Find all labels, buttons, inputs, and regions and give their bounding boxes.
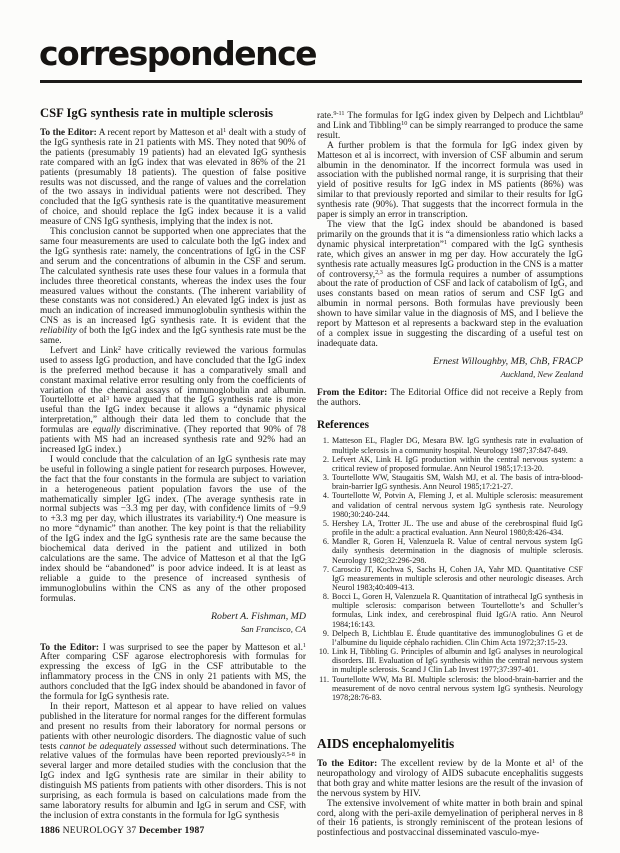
references-heading: References bbox=[317, 421, 583, 431]
signature-name: Robert A. Fishman, MD bbox=[40, 611, 306, 622]
editor-note: From the Editor: The Editorial Office di… bbox=[317, 389, 583, 409]
signature-location: Auckland, New Zealand bbox=[317, 369, 583, 379]
reference-item: Lefvert AK, Link H. IgG production withi… bbox=[331, 455, 583, 473]
journal-page: correspondence CSF IgG synthesis rate in… bbox=[0, 0, 620, 853]
reference-item: Bocci L, Goren H, Valenzuela R. Quantita… bbox=[331, 592, 583, 629]
signature-name: Ernest Willoughby, MB, ChB, FRACP bbox=[317, 356, 583, 367]
paragraph: The extensive involvement of white matte… bbox=[317, 800, 583, 840]
signature-location: San Francisco, CA bbox=[40, 624, 306, 634]
reference-item: Tourtellotte WW, Staugaitis SM, Walsh MJ… bbox=[331, 473, 583, 491]
reference-item: Hershey LA, Trotter JL. The use and abus… bbox=[331, 519, 583, 537]
reference-item: Delpech B, Lichtblau E. Étude quantitati… bbox=[331, 629, 583, 647]
reference-item: Tourtellotte W, Potvin A, Fleming J, et … bbox=[331, 491, 583, 518]
paragraph: The view that the IgG index should be ab… bbox=[317, 221, 583, 350]
reference-item: Matteson EL, Flagler DG, Mesara BW. IgG … bbox=[331, 436, 583, 454]
paragraph: To the Editor: I was surprised to see th… bbox=[40, 644, 306, 703]
masthead-rule bbox=[40, 80, 582, 83]
paragraph: A further problem is that the formula fo… bbox=[317, 142, 583, 221]
page-footer: 1886 NEUROLOGY 37 December 1987 bbox=[40, 825, 205, 836]
reference-item: Mandler R, Goren H, Valenzuela R. Value … bbox=[331, 537, 583, 564]
reference-item: Link H, Tibbling G. Principles of albumi… bbox=[331, 647, 583, 674]
reference-item: Tourtellotte WW, Ma BI. Multiple scleros… bbox=[331, 675, 583, 702]
column-right: rate.9-11 The formulas for IgG index giv… bbox=[317, 106, 583, 839]
masthead-title: correspondence bbox=[39, 36, 316, 72]
reference-list: Matteson EL, Flagler DG, Mesara BW. IgG … bbox=[317, 436, 583, 702]
reference-item: Caroscio JT, Kochwa S, Sachs H, Cohen JA… bbox=[331, 565, 583, 592]
letter1-title: CSF IgG synthesis rate in multiple scler… bbox=[40, 106, 306, 120]
paragraph: In their report, Matteson et al appear t… bbox=[40, 703, 306, 822]
paragraph: This conclusion cannot be supported when… bbox=[40, 228, 306, 347]
paragraph: To the Editor: A recent report by Mattes… bbox=[40, 129, 306, 228]
paragraph: To the Editor: The excellent review by d… bbox=[317, 760, 583, 800]
paragraph: I would conclude that the calculation of… bbox=[40, 456, 306, 605]
column-left: CSF IgG synthesis rate in multiple scler… bbox=[40, 106, 306, 822]
paragraph: rate.9-11 The formulas for IgG index giv… bbox=[317, 112, 583, 142]
paragraph: Lefvert and Link2 have critically review… bbox=[40, 347, 306, 456]
letter3-title: AIDS encephalomyelitis bbox=[317, 736, 583, 751]
